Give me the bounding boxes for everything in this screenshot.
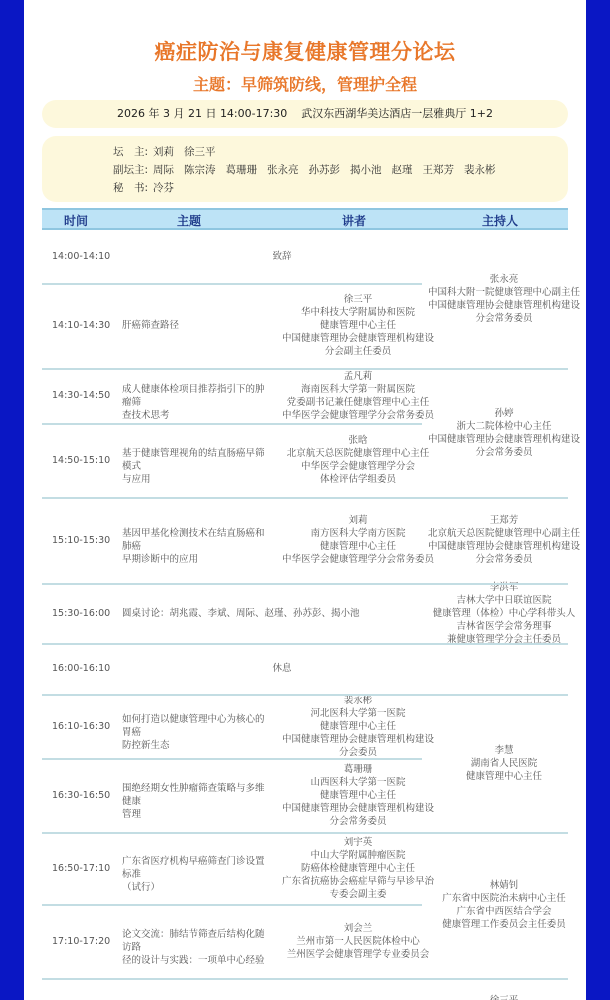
- vice-chair-name: 赵瑾: [392, 164, 413, 176]
- row-time: 14:50-15:10: [52, 454, 120, 467]
- row-time: 16:00-16:10: [52, 662, 120, 675]
- row-divider: [42, 904, 422, 906]
- row-host: 李洪军吉林大学中日联谊医院健康管理（体检）中心学科带头人吉林省医学会常务理事兼健…: [421, 581, 586, 646]
- agenda-card: 癌症防治与康复健康管理分论坛 主题：早筛筑防线，管理护全程 2026 年 3 月…: [24, 0, 586, 1000]
- row-divider: [42, 583, 568, 585]
- page-title: 癌症防治与康复健康管理分论坛: [24, 36, 586, 66]
- row-time: 16:10-16:30: [52, 720, 120, 733]
- row-speaker: 葛珊珊山西医科大学第一医院健康管理中心主任中国健康管理协会健康管理机构建设分会常…: [274, 763, 442, 828]
- secretary-name: 冷芬: [153, 182, 174, 194]
- secretary-line: 秘 书:冷芬: [113, 180, 184, 195]
- row-host: 王郑芳北京航天总医院健康管理中心副主任中国健康管理协会健康管理机构建设分会常务委…: [421, 514, 586, 566]
- row-host: 张永亮中国科大附一院健康管理中心副主任中国健康管理协会健康管理机构建设分会常务委…: [421, 273, 586, 325]
- row-topic: 致辞: [122, 250, 442, 263]
- chair-name: 徐三平: [184, 146, 216, 158]
- row-speaker: 刘莉南方医科大学南方医院健康管理中心主任中华医学会健康管理学分会常务委员: [274, 514, 442, 566]
- row-topic: 休息: [122, 662, 442, 675]
- table-header: 时间 主题 讲者 主持人: [42, 208, 568, 230]
- row-divider: [42, 423, 422, 425]
- row-divider: [42, 694, 568, 696]
- row-topic: 成人健康体检项目推荐指引下的肿瘤筛查技术思考: [122, 383, 267, 422]
- row-topic: 论文交流：肺结节筛查后结构化随访路径的设计与实践：一项单中心经验: [122, 928, 267, 967]
- col-topic: 主题: [177, 212, 201, 229]
- row-divider: [42, 758, 422, 760]
- row-host: 李慧湖南省人民医院健康管理中心主任: [421, 744, 586, 783]
- row-topic: 基因甲基化检测技术在结直肠癌和肺癌早期诊断中的应用: [122, 527, 267, 566]
- row-time: 14:10-14:30: [52, 319, 120, 332]
- row-time: 14:30-14:50: [52, 389, 120, 402]
- row-topic: 如何打造以健康管理中心为核心的胃癌防控新生态: [122, 713, 267, 752]
- row-speaker: 孟凡莉海南医科大学第一附属医院党委副书记兼任健康管理中心主任中华医学会健康管理学…: [274, 370, 442, 422]
- row-topic: 基于健康管理视角的结直肠癌早筛模式与应用: [122, 447, 267, 486]
- vice-chair-name: 张永亮: [267, 164, 299, 176]
- row-topic: 广东省医疗机构早癌筛查门诊设置标准（试行）: [122, 855, 267, 894]
- vice-chair-name: 陈宗涛: [184, 164, 216, 176]
- row-time: 15:30-16:00: [52, 607, 120, 620]
- committee-box: 坛 主:刘莉徐三平 副坛主:周际陈宗涛葛珊珊张永亮孙苏彭揭小池赵瑾王郑芳裴永彬 …: [42, 136, 568, 202]
- vice-chair-name: 裴永彬: [464, 164, 496, 176]
- vice-chair-name: 孙苏彭: [309, 164, 341, 176]
- row-divider: [42, 283, 422, 285]
- row-time: 16:50-17:10: [52, 862, 120, 875]
- row-time: 15:10-15:30: [52, 534, 120, 547]
- row-speaker: 徐三平华中科技大学附属协和医院健康管理中心主任中国健康管理协会健康管理机构建设分…: [274, 293, 442, 358]
- row-divider: [42, 368, 568, 370]
- row-topic: 围绝经期女性肿瘤筛查策略与多维健康管理: [122, 782, 267, 821]
- chairs-line: 坛 主:刘莉徐三平: [113, 144, 226, 159]
- row-time: 17:10-17:20: [52, 935, 120, 948]
- chairs-label: 坛 主:: [113, 144, 153, 159]
- row-host: 孙婷浙大二院体检中心主任中国健康管理协会健康管理机构建设分会常务委员: [421, 407, 586, 459]
- row-time: 14:00-14:10: [52, 250, 120, 263]
- row-speaker: 刘会兰兰州市第一人民医院体检中心兰州医学会健康管理学专业委员会: [274, 922, 442, 961]
- row-speaker: 裴永彬河北医科大学第一医院健康管理中心主任中国健康管理协会健康管理机构建设分会委…: [274, 694, 442, 759]
- row-divider: [42, 497, 568, 499]
- row-host: 林婧钊广东省中医院治未病中心主任广东省中西医结合学会健康管理工作委员会主任委员: [421, 879, 586, 931]
- col-speaker: 讲者: [342, 212, 366, 229]
- row-topic: 肝癌筛查路径: [122, 319, 267, 332]
- row-time: 16:30-16:50: [52, 789, 120, 802]
- col-host: 主持人: [482, 212, 518, 229]
- row-speaker: 张晗北京航天总医院健康管理中心主任中华医学会健康管理学分会体检评估学组委员: [274, 434, 442, 486]
- row-topic: 圆桌讨论：胡兆霞、李斌、周际、赵瑾、孙苏彭、揭小池: [122, 607, 442, 620]
- date-location: 2026 年 3 月 21 日 14:00-17:30 武汉东西湖华美达酒店一层…: [117, 107, 493, 120]
- vice-chairs-label: 副坛主:: [113, 162, 153, 177]
- col-time: 时间: [64, 212, 88, 229]
- vice-chair-name: 王郑芳: [423, 164, 455, 176]
- chair-name: 刘莉: [153, 146, 174, 158]
- secretary-label: 秘 书:: [113, 180, 153, 195]
- row-divider: [42, 978, 568, 980]
- row-speaker: 刘宇英中山大学附属肿瘤医院防癌体检健康管理中心主任广东省抗癌协会癌症早筛与早诊早…: [274, 836, 442, 901]
- vice-chair-name: 揭小池: [350, 164, 382, 176]
- vice-chairs-line: 副坛主:周际陈宗涛葛珊珊张永亮孙苏彭揭小池赵瑾王郑芳裴永彬: [113, 162, 506, 177]
- date-location-bar: 2026 年 3 月 21 日 14:00-17:30 武汉东西湖华美达酒店一层…: [42, 100, 568, 128]
- row-divider: [42, 643, 568, 645]
- page-subtitle: 主题：早筛筑防线，管理护全程: [24, 72, 586, 95]
- row-divider: [42, 832, 568, 834]
- vice-chair-name: 葛珊珊: [226, 164, 258, 176]
- row-host-partial: 徐三平: [421, 994, 586, 1000]
- vice-chair-name: 周际: [153, 164, 174, 176]
